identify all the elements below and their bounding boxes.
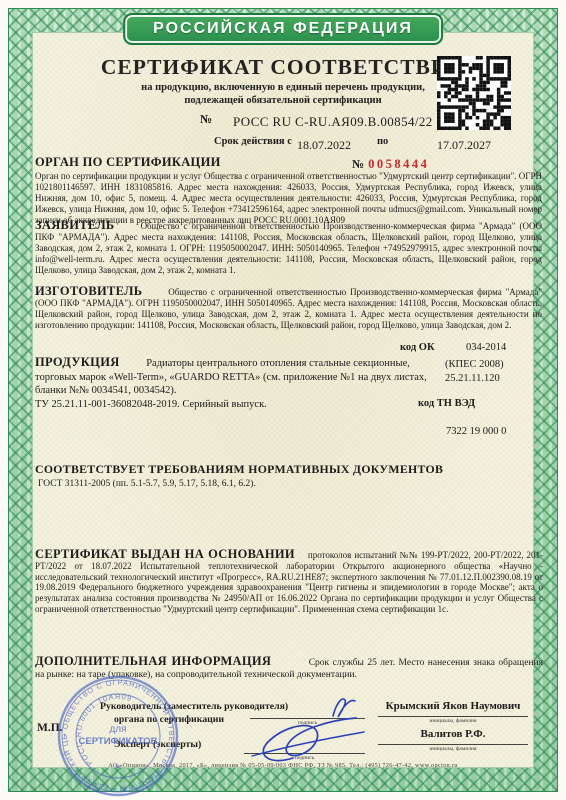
- section-basis-heading: СЕРТИФИКАТ ВЫДАН НА ОСНОВАНИИ: [35, 547, 305, 561]
- kpes-label: (КПЕС 2008): [445, 359, 504, 370]
- validity-label: Срок действия с: [214, 136, 292, 147]
- section-basis: СЕРТИФИКАТ ВЫДАН НА ОСНОВАНИИ протоколов…: [35, 549, 543, 615]
- expert-name: Валитов Р.Ф.: [378, 728, 528, 740]
- section-product: ПРОДУКЦИЯ Радиаторы центрального отоплен…: [35, 356, 427, 411]
- expert-signature-caption: подпись: [244, 755, 365, 761]
- section-additional: ДОПОЛНИТЕЛЬНАЯ ИНФОРМАЦИЯ Срок службы 25…: [35, 656, 543, 681]
- certificate-page: РОССИЙСКАЯ ФЕДЕРАЦИЯ СЕРТИФИКАТ СООТВЕТС…: [0, 0, 566, 800]
- code-ok-label: код ОК: [400, 342, 435, 353]
- section-applicant-heading: ЗАЯВИТЕЛЬ: [35, 218, 137, 232]
- section-additional-heading: ДОПОЛНИТЕЛЬНАЯ ИНФОРМАЦИЯ: [35, 654, 305, 668]
- head-name: Крымский Яков Наумович: [378, 700, 528, 712]
- section-manufacturer-heading: ИЗГОТОВИТЕЛЬ: [35, 284, 164, 298]
- validity-to-date: 17.07.2027: [437, 138, 491, 153]
- expert-name-caption: инициалы, фамилия: [378, 746, 528, 752]
- printer-imprint: АО «Опцион», Москва, 2017, «Б», лицензия…: [0, 762, 566, 769]
- country-badge: РОССИЙСКАЯ ФЕДЕРАЦИЯ: [123, 13, 443, 45]
- section-manufacturer: ИЗГОТОВИТЕЛЬ Общество с ограниченной отв…: [35, 286, 542, 331]
- section-compliance-heading: СООТВЕТСТВУЕТ ТРЕБОВАНИЯМ НОРМАТИВНЫХ ДО…: [35, 462, 443, 477]
- head-role-line1: Руководитель (заместитель руководителя): [100, 701, 288, 712]
- expert-role: Эксперт (эксперты): [114, 739, 201, 750]
- validity-to-label: по: [377, 136, 388, 147]
- code-ok-value: 034-2014: [466, 342, 506, 353]
- head-name-caption: инициалы, фамилия: [378, 718, 528, 724]
- official-seal-label: М.П.: [37, 722, 63, 734]
- head-signature-caption: подпись: [250, 720, 365, 726]
- section-compliance-text: ГОСТ 31311-2005 (пп. 5.1-5.7, 5.9, 5.17,…: [38, 479, 256, 489]
- blank-number-digits: 0058444: [368, 157, 429, 171]
- section-product-heading: ПРОДУКЦИЯ: [35, 355, 144, 369]
- section-product-tu: ТУ 25.21.11-001-36082048-2019. Серийный …: [35, 398, 427, 412]
- validity-from-date: 18.07.2022: [297, 138, 351, 153]
- certificate-number-label: №: [200, 112, 212, 127]
- tnved-label: код ТН ВЭД: [418, 398, 475, 409]
- qr-code: [437, 56, 511, 130]
- blank-number-sign: №: [352, 157, 364, 171]
- kpes-code: 25.21.11.120: [445, 373, 500, 384]
- tnved-code: 7322 19 000 0: [446, 426, 506, 437]
- head-role-line2: органа по сертификации: [114, 714, 224, 725]
- certificate-number: РОСС RU C-RU.АЯ09.В.00854/22: [233, 114, 433, 130]
- section-org-heading: ОРГАН ПО СЕРТИФИКАЦИИ: [35, 155, 221, 170]
- section-applicant: ЗАЯВИТЕЛЬ Общество с ограниченной ответс…: [35, 220, 542, 276]
